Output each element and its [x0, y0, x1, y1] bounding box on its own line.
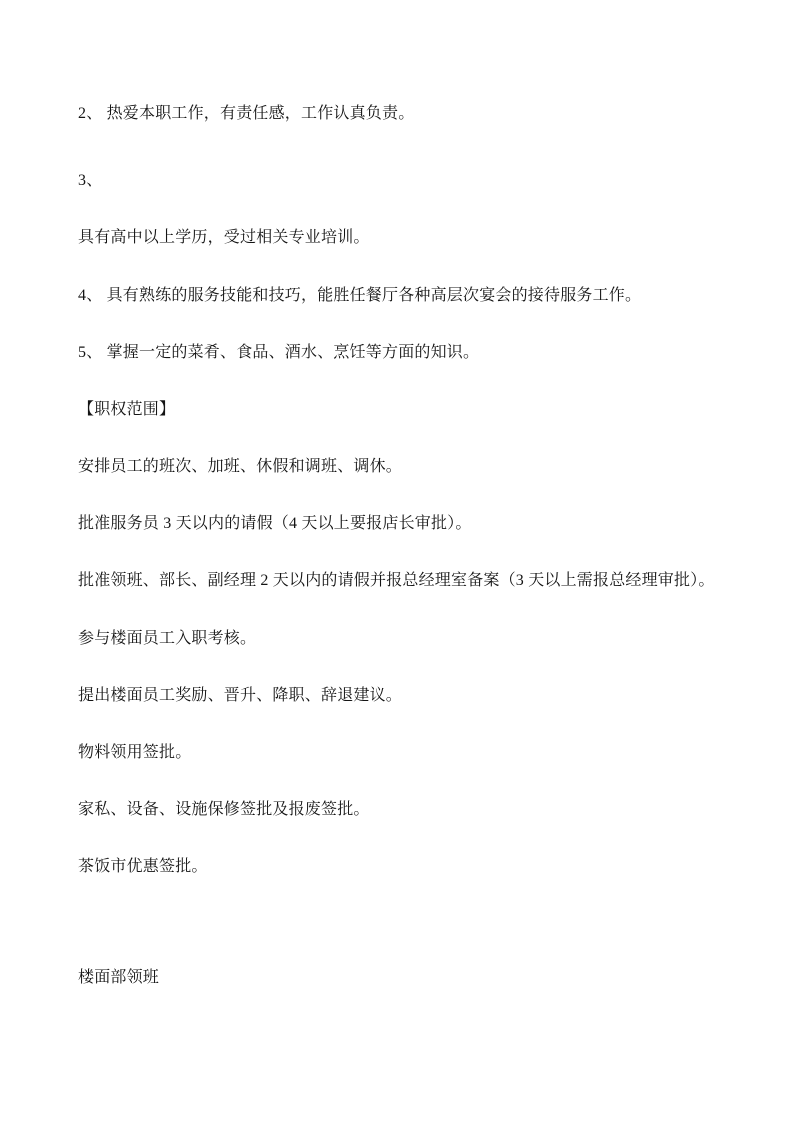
authority-item-onboarding-assessment: 参与楼面员工入职考核。: [78, 629, 256, 648]
list-item-2: 2、 热爱本职工作，有责任感，工作认真负责。: [78, 104, 414, 123]
job-title-floor-supervisor: 楼面部领班: [78, 968, 159, 987]
authority-item-furniture-equipment: 家私、设备、设施保修签批及报废签批。: [78, 800, 370, 819]
list-item-3: 3、: [78, 171, 102, 190]
section-heading-authority-scope: 【职权范围】: [78, 400, 175, 419]
authority-item-supervisor-leave-approval: 批准领班、部长、副经理 2 天以内的请假并报总经理室备案（3 天以上需报总经理审…: [78, 571, 715, 590]
authority-item-meal-discount: 茶饭市优惠签批。: [78, 857, 208, 876]
authority-item-material-requisition: 物料领用签批。: [78, 743, 191, 762]
document-page: 2、 热爱本职工作，有责任感，工作认真负责。 3、 具有高中以上学历，受过相关专…: [0, 0, 793, 1122]
list-item-5: 5、 掌握一定的菜肴、食品、酒水、烹饪等方面的知识。: [78, 343, 479, 362]
list-item-4: 4、 具有熟练的服务技能和技巧，能胜任餐厅各种高层次宴会的接待服务工作。: [78, 286, 641, 305]
authority-item-shift-arrangement: 安排员工的班次、加班、休假和调班、调休。: [78, 457, 402, 476]
authority-item-waiter-leave-approval: 批准服务员 3 天以内的请假（4 天以上要报店长审批）。: [78, 514, 472, 533]
authority-item-reward-promotion: 提出楼面员工奖励、晋升、降职、辞退建议。: [78, 686, 402, 705]
paragraph-education-requirement: 具有高中以上学历，受过相关专业培训。: [78, 228, 370, 247]
